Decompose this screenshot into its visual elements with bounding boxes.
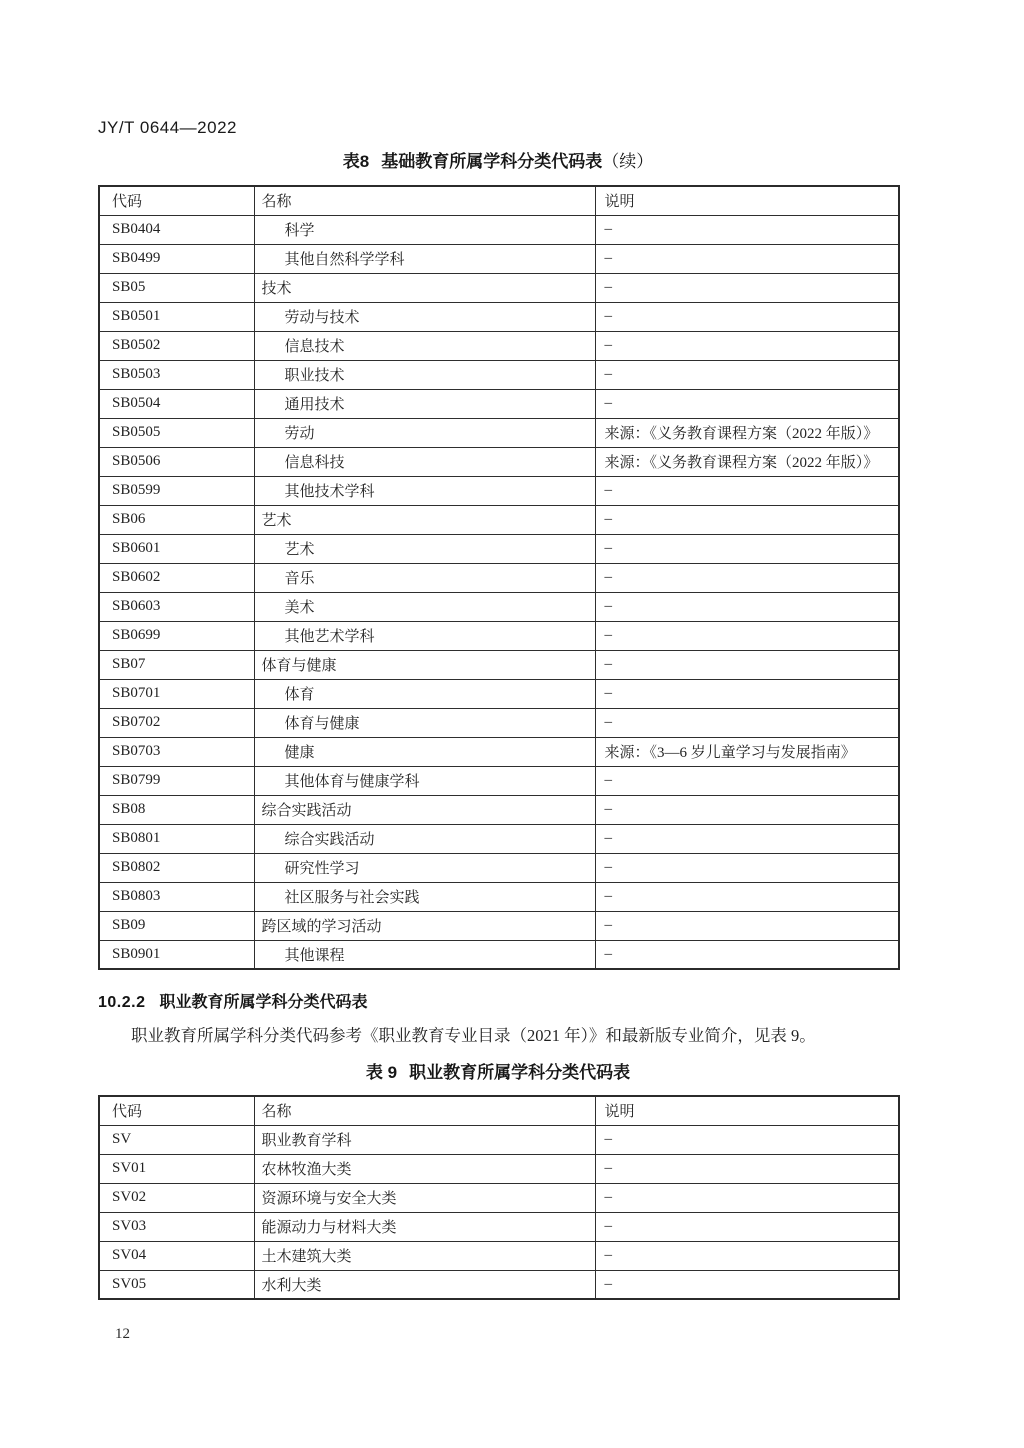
cell-code: SB08	[99, 795, 254, 824]
cell-code: SB0404	[99, 215, 254, 244]
cell-description: –	[595, 215, 899, 244]
cell-code: SB05	[99, 273, 254, 302]
cell-name: 农林牧渔大类	[254, 1154, 595, 1183]
table-row: SB0901其他课程–	[99, 940, 899, 969]
cell-code: SB0505	[99, 418, 254, 447]
table-row: SB0506信息科技来源：《义务教育课程方案（2022 年版）》	[99, 447, 899, 476]
table-row: SB0499其他自然科学学科–	[99, 244, 899, 273]
cell-description: –	[595, 1154, 899, 1183]
cell-description: –	[595, 1125, 899, 1154]
table-row: SB0803社区服务与社会实践–	[99, 882, 899, 911]
cell-name: 美术	[254, 592, 595, 621]
cell-code: SB0501	[99, 302, 254, 331]
cell-description: –	[595, 940, 899, 969]
cell-description: –	[595, 534, 899, 563]
cell-code: SB0503	[99, 360, 254, 389]
cell-name: 劳动	[254, 418, 595, 447]
cell-name: 科学	[254, 215, 595, 244]
table-row: SV05水利大类–	[99, 1270, 899, 1299]
header-row: 代码名称说明	[99, 186, 899, 215]
cell-description: –	[595, 766, 899, 795]
table-row: SB06艺术–	[99, 505, 899, 534]
table-row: SB05技术–	[99, 273, 899, 302]
table-row: SB08综合实践活动–	[99, 795, 899, 824]
cell-code: SV04	[99, 1241, 254, 1270]
cell-code: SB0504	[99, 389, 254, 418]
table8-body: SB0404科学–SB0499其他自然科学学科–SB05技术–SB0501劳动与…	[99, 215, 899, 969]
cell-code: SB0699	[99, 621, 254, 650]
table-row: SB0703健康来源：《3—6 岁儿童学习与发展指南》	[99, 737, 899, 766]
cell-code: SB0701	[99, 679, 254, 708]
cell-description: –	[595, 1241, 899, 1270]
cell-code: SB0703	[99, 737, 254, 766]
cell-code: SB0803	[99, 882, 254, 911]
table-row: SB0404科学–	[99, 215, 899, 244]
column-header: 名称	[254, 186, 595, 215]
cell-description: –	[595, 1270, 899, 1299]
table-row: SV03能源动力与材料大类–	[99, 1212, 899, 1241]
cell-code: SV03	[99, 1212, 254, 1241]
cell-name: 其他课程	[254, 940, 595, 969]
table-row: SB0504通用技术–	[99, 389, 899, 418]
cell-name: 综合实践活动	[254, 824, 595, 853]
column-header: 代码	[99, 1096, 254, 1125]
cell-description: –	[595, 795, 899, 824]
table8-header: 代码名称说明	[99, 186, 899, 215]
cell-description: –	[595, 476, 899, 505]
cell-name: 通用技术	[254, 389, 595, 418]
cell-name: 信息科技	[254, 447, 595, 476]
table8-title-suffix: （续）	[602, 152, 653, 171]
document-page: JY/T 0644—2022 表8基础教育所属学科分类代码表（续） 代码名称说明…	[0, 0, 1024, 1448]
table-row: SB0702体育与健康–	[99, 708, 899, 737]
table9-label: 表 9	[366, 1063, 397, 1082]
column-header: 名称	[254, 1096, 595, 1125]
cell-code: SB0506	[99, 447, 254, 476]
cell-name: 艺术	[254, 505, 595, 534]
cell-description: –	[595, 1183, 899, 1212]
cell-code: SB0601	[99, 534, 254, 563]
cell-description: –	[595, 563, 899, 592]
cell-name: 跨区域的学习活动	[254, 911, 595, 940]
cell-description: –	[595, 331, 899, 360]
table-row: SV职业教育学科–	[99, 1125, 899, 1154]
cell-code: SB06	[99, 505, 254, 534]
cell-description: –	[595, 389, 899, 418]
cell-code: SV05	[99, 1270, 254, 1299]
section-heading: 10.2.2职业教育所属学科分类代码表	[98, 992, 898, 1014]
cell-code: SB0603	[99, 592, 254, 621]
cell-code: SB07	[99, 650, 254, 679]
table9-body: SV职业教育学科–SV01农林牧渔大类–SV02资源环境与安全大类–SV03能源…	[99, 1125, 899, 1299]
cell-code: SB0802	[99, 853, 254, 882]
column-header: 说明	[595, 1096, 899, 1125]
table-row: SB0699其他艺术学科–	[99, 621, 899, 650]
cell-code: SB0502	[99, 331, 254, 360]
table-row: SB0501劳动与技术–	[99, 302, 899, 331]
table-vocational-education-subjects: 代码名称说明 SV职业教育学科–SV01农林牧渔大类–SV02资源环境与安全大类…	[98, 1095, 900, 1300]
table-row: SB0505劳动来源：《义务教育课程方案（2022 年版）》	[99, 418, 899, 447]
cell-name: 技术	[254, 273, 595, 302]
cell-description: –	[595, 273, 899, 302]
table-row: SB0801综合实践活动–	[99, 824, 899, 853]
cell-code: SB0499	[99, 244, 254, 273]
cell-name: 研究性学习	[254, 853, 595, 882]
cell-code: SV01	[99, 1154, 254, 1183]
cell-description: –	[595, 621, 899, 650]
table-row: SV01农林牧渔大类–	[99, 1154, 899, 1183]
cell-code: SV02	[99, 1183, 254, 1212]
cell-description: 来源：《3—6 岁儿童学习与发展指南》	[595, 737, 899, 766]
cell-name: 土木建筑大类	[254, 1241, 595, 1270]
cell-description: 来源：《义务教育课程方案（2022 年版）》	[595, 447, 899, 476]
table9-title-text: 职业教育所属学科分类代码表	[409, 1063, 630, 1082]
cell-code: SB0801	[99, 824, 254, 853]
table-row: SB0602音乐–	[99, 563, 899, 592]
cell-code: SB0602	[99, 563, 254, 592]
cell-description: –	[595, 302, 899, 331]
cell-description: –	[595, 824, 899, 853]
cell-code: SB09	[99, 911, 254, 940]
cell-name: 健康	[254, 737, 595, 766]
standard-number: JY/T 0644—2022	[98, 0, 898, 138]
cell-description: –	[595, 360, 899, 389]
cell-code: SV	[99, 1125, 254, 1154]
page-content: JY/T 0644—2022 表8基础教育所属学科分类代码表（续） 代码名称说明…	[0, 0, 1024, 1300]
column-header: 代码	[99, 186, 254, 215]
cell-description: 来源：《义务教育课程方案（2022 年版）》	[595, 418, 899, 447]
table-row: SB0601艺术–	[99, 534, 899, 563]
table-row: SB0503职业技术–	[99, 360, 899, 389]
cell-name: 其他体育与健康学科	[254, 766, 595, 795]
table8-title: 表8基础教育所属学科分类代码表（续）	[98, 151, 898, 173]
cell-description: –	[595, 650, 899, 679]
cell-name: 艺术	[254, 534, 595, 563]
cell-name: 其他技术学科	[254, 476, 595, 505]
cell-name: 资源环境与安全大类	[254, 1183, 595, 1212]
table-row: SB0701体育–	[99, 679, 899, 708]
cell-name: 其他艺术学科	[254, 621, 595, 650]
table9-title: 表 9职业教育所属学科分类代码表	[98, 1062, 898, 1084]
table-row: SB0502信息技术–	[99, 331, 899, 360]
table-row: SV04土木建筑大类–	[99, 1241, 899, 1270]
table-row: SB0802研究性学习–	[99, 853, 899, 882]
table-row: SB07体育与健康–	[99, 650, 899, 679]
table-basic-education-subjects: 代码名称说明 SB0404科学–SB0499其他自然科学学科–SB05技术–SB…	[98, 185, 900, 970]
section-title: 职业教育所属学科分类代码表	[159, 994, 367, 1011]
cell-description: –	[595, 853, 899, 882]
cell-description: –	[595, 592, 899, 621]
cell-description: –	[595, 244, 899, 273]
cell-name: 其他自然科学学科	[254, 244, 595, 273]
cell-name: 职业教育学科	[254, 1125, 595, 1154]
cell-name: 音乐	[254, 563, 595, 592]
cell-description: –	[595, 679, 899, 708]
cell-name: 综合实践活动	[254, 795, 595, 824]
header-row: 代码名称说明	[99, 1096, 899, 1125]
cell-name: 劳动与技术	[254, 302, 595, 331]
cell-name: 信息技术	[254, 331, 595, 360]
cell-name: 体育与健康	[254, 650, 595, 679]
table8-title-text: 基础教育所属学科分类代码表	[381, 152, 602, 171]
cell-description: –	[595, 1212, 899, 1241]
cell-name: 水利大类	[254, 1270, 595, 1299]
table8-label: 表8	[343, 152, 369, 171]
cell-description: –	[595, 882, 899, 911]
cell-code: SB0799	[99, 766, 254, 795]
table-row: SB0799其他体育与健康学科–	[99, 766, 899, 795]
cell-description: –	[595, 708, 899, 737]
table9-header: 代码名称说明	[99, 1096, 899, 1125]
table-row: SV02资源环境与安全大类–	[99, 1183, 899, 1212]
table-row: SB09跨区域的学习活动–	[99, 911, 899, 940]
table-row: SB0599其他技术学科–	[99, 476, 899, 505]
section-number: 10.2.2	[98, 994, 145, 1011]
column-header: 说明	[595, 186, 899, 215]
cell-name: 能源动力与材料大类	[254, 1212, 595, 1241]
cell-code: SB0901	[99, 940, 254, 969]
cell-code: SB0702	[99, 708, 254, 737]
cell-description: –	[595, 505, 899, 534]
cell-name: 体育与健康	[254, 708, 595, 737]
cell-code: SB0599	[99, 476, 254, 505]
cell-name: 体育	[254, 679, 595, 708]
page-number: 12	[115, 1326, 130, 1343]
cell-description: –	[595, 911, 899, 940]
body-paragraph: 职业教育所属学科分类代码参考《职业教育专业目录（2021 年）》和最新版专业简介…	[98, 1024, 898, 1048]
cell-name: 社区服务与社会实践	[254, 882, 595, 911]
cell-name: 职业技术	[254, 360, 595, 389]
table-row: SB0603美术–	[99, 592, 899, 621]
